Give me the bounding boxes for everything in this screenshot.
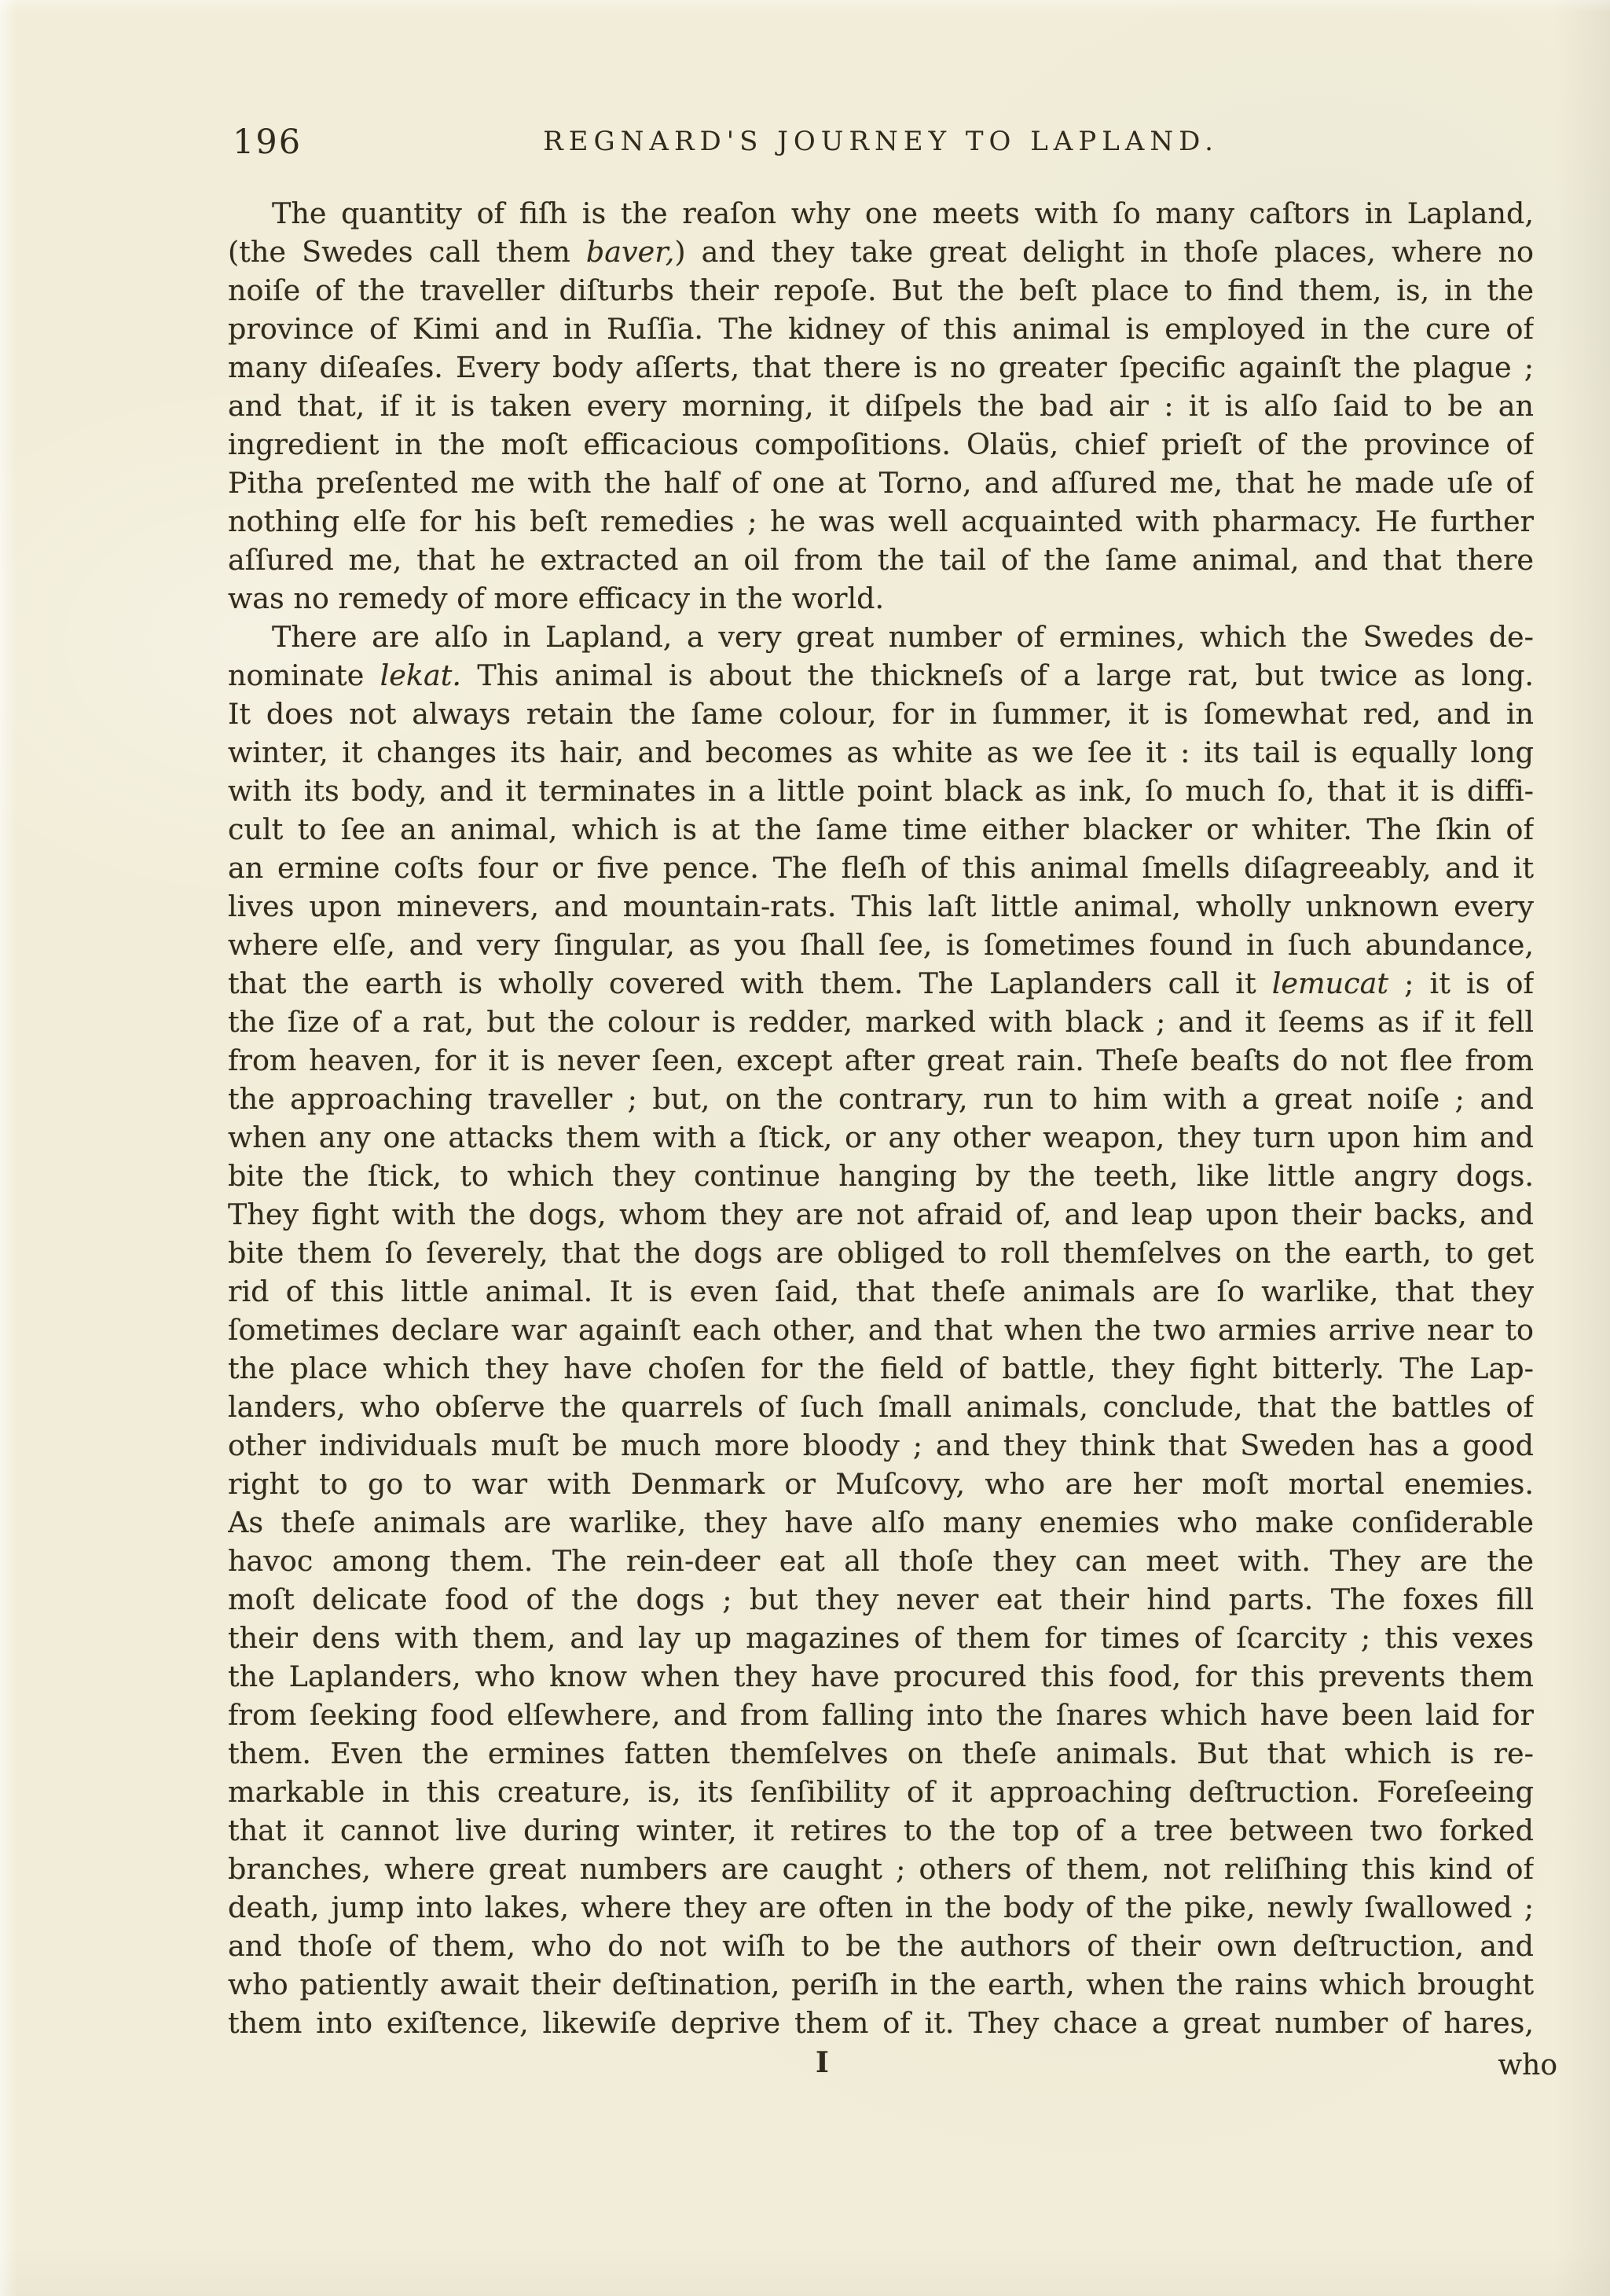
text-line: when any one attacks them with a ſtick, … [228,1118,1534,1157]
text-line: nominate lekat. This animal is about the… [228,656,1534,695]
text-line: other individuals muſt be much more bloo… [228,1426,1534,1465]
text-line: rid of this little animal. It is even ſa… [228,1272,1534,1311]
text-line: moſt delicate food of the dogs ; but the… [228,1580,1534,1619]
book-page-scan: 196 REGNARD'S JOURNEY TO LAPLAND. The qu… [0,0,1610,2296]
paragraph: There are alſo in Lapland, a very great … [228,618,1534,2042]
text-line: from ſeeking food elſewhere, and from fa… [228,1696,1534,1734]
text-line: The quantity of fiſh is the reaſon why o… [228,194,1534,233]
text-line: bite them ſo ſeverely, that the dogs are… [228,1234,1534,1272]
text-line: death, jump into lakes, where they are o… [228,1888,1534,1927]
text-line: the place which they have choſen for the… [228,1349,1534,1388]
signature-row: I who [228,2043,1534,2082]
text-block: The quantity of fiſh is the reaſon why o… [228,194,1534,2042]
catchword: who [1498,2046,1557,2085]
text-line: noiſe of the traveller diſturbs their re… [228,271,1534,310]
paragraph: The quantity of fiſh is the reaſon why o… [228,194,1534,618]
text-line: the Laplanders, who know when they have … [228,1657,1534,1696]
text-line: ſometimes declare war againſt each other… [228,1311,1534,1349]
text-line: many diſeaſes. Every body aſſerts, that … [228,348,1534,387]
text-line: bite the ſtick, to which they continue h… [228,1157,1534,1195]
text-line: There are alſo in Lapland, a very great … [228,618,1534,656]
text-line: They fight with the dogs, whom they are … [228,1195,1534,1234]
text-line: was no remedy of more efficacy in the wo… [228,579,1534,618]
text-line: and that, if it is taken every morning, … [228,387,1534,425]
signature-mark: I [816,2043,829,2082]
text-line: (the Swedes call them baver,) and they t… [228,233,1534,271]
text-line: that the earth is wholly covered with th… [228,964,1534,1003]
text-line: It does not always retain the ſame colou… [228,695,1534,733]
text-line: branches, where great numbers are caught… [228,1850,1534,1888]
text-line: with its body, and it terminates in a li… [228,772,1534,810]
text-line: the approaching traveller ; but, on the … [228,1080,1534,1118]
text-line: and thoſe of them, who do not wiſh to be… [228,1927,1534,1965]
text-line: Pitha preſented me with the half of one … [228,464,1534,502]
text-line: the ſize of a rat, but the colour is red… [228,1003,1534,1041]
text-line: lives upon minevers, and mountain-rats. … [228,887,1534,926]
text-line: right to go to war with Denmark or Muſco… [228,1465,1534,1503]
page-header: 196 REGNARD'S JOURNEY TO LAPLAND. [228,118,1534,165]
running-title: REGNARD'S JOURNEY TO LAPLAND. [228,126,1534,157]
text-line: them into exiſtence, likewiſe deprive th… [228,2004,1534,2042]
text-line: As theſe animals are warlike, they have … [228,1503,1534,1542]
text-line: havoc among them. The rein-deer eat all … [228,1542,1534,1580]
text-line: nothing elſe for his beſt remedies ; he … [228,502,1534,541]
text-line: cult to ſee an animal, which is at the ſ… [228,810,1534,849]
text-line: where elſe, and very ſingular, as you ſh… [228,926,1534,964]
text-line: them. Even the ermines fatten themſelves… [228,1734,1534,1773]
text-line: an ermine coſts four or five pence. The … [228,849,1534,887]
text-line: from heaven, for it is never ſeen, excep… [228,1041,1534,1080]
text-line: province of Kimi and in Ruſſia. The kidn… [228,310,1534,348]
text-line: their dens with them, and lay up magazin… [228,1619,1534,1657]
text-line: landers, who obſerve the quarrels of ſuc… [228,1388,1534,1426]
text-line: markable in this creature, is, its ſenſi… [228,1773,1534,1811]
text-line: winter, it changes its hair, and becomes… [228,733,1534,772]
text-line: who patiently await their deſtination, p… [228,1965,1534,2004]
text-line: ingredient in the moſt efficacious compo… [228,425,1534,464]
text-line: that it cannot live during winter, it re… [228,1811,1534,1850]
text-line: aſſured me, that he extracted an oil fro… [228,541,1534,579]
